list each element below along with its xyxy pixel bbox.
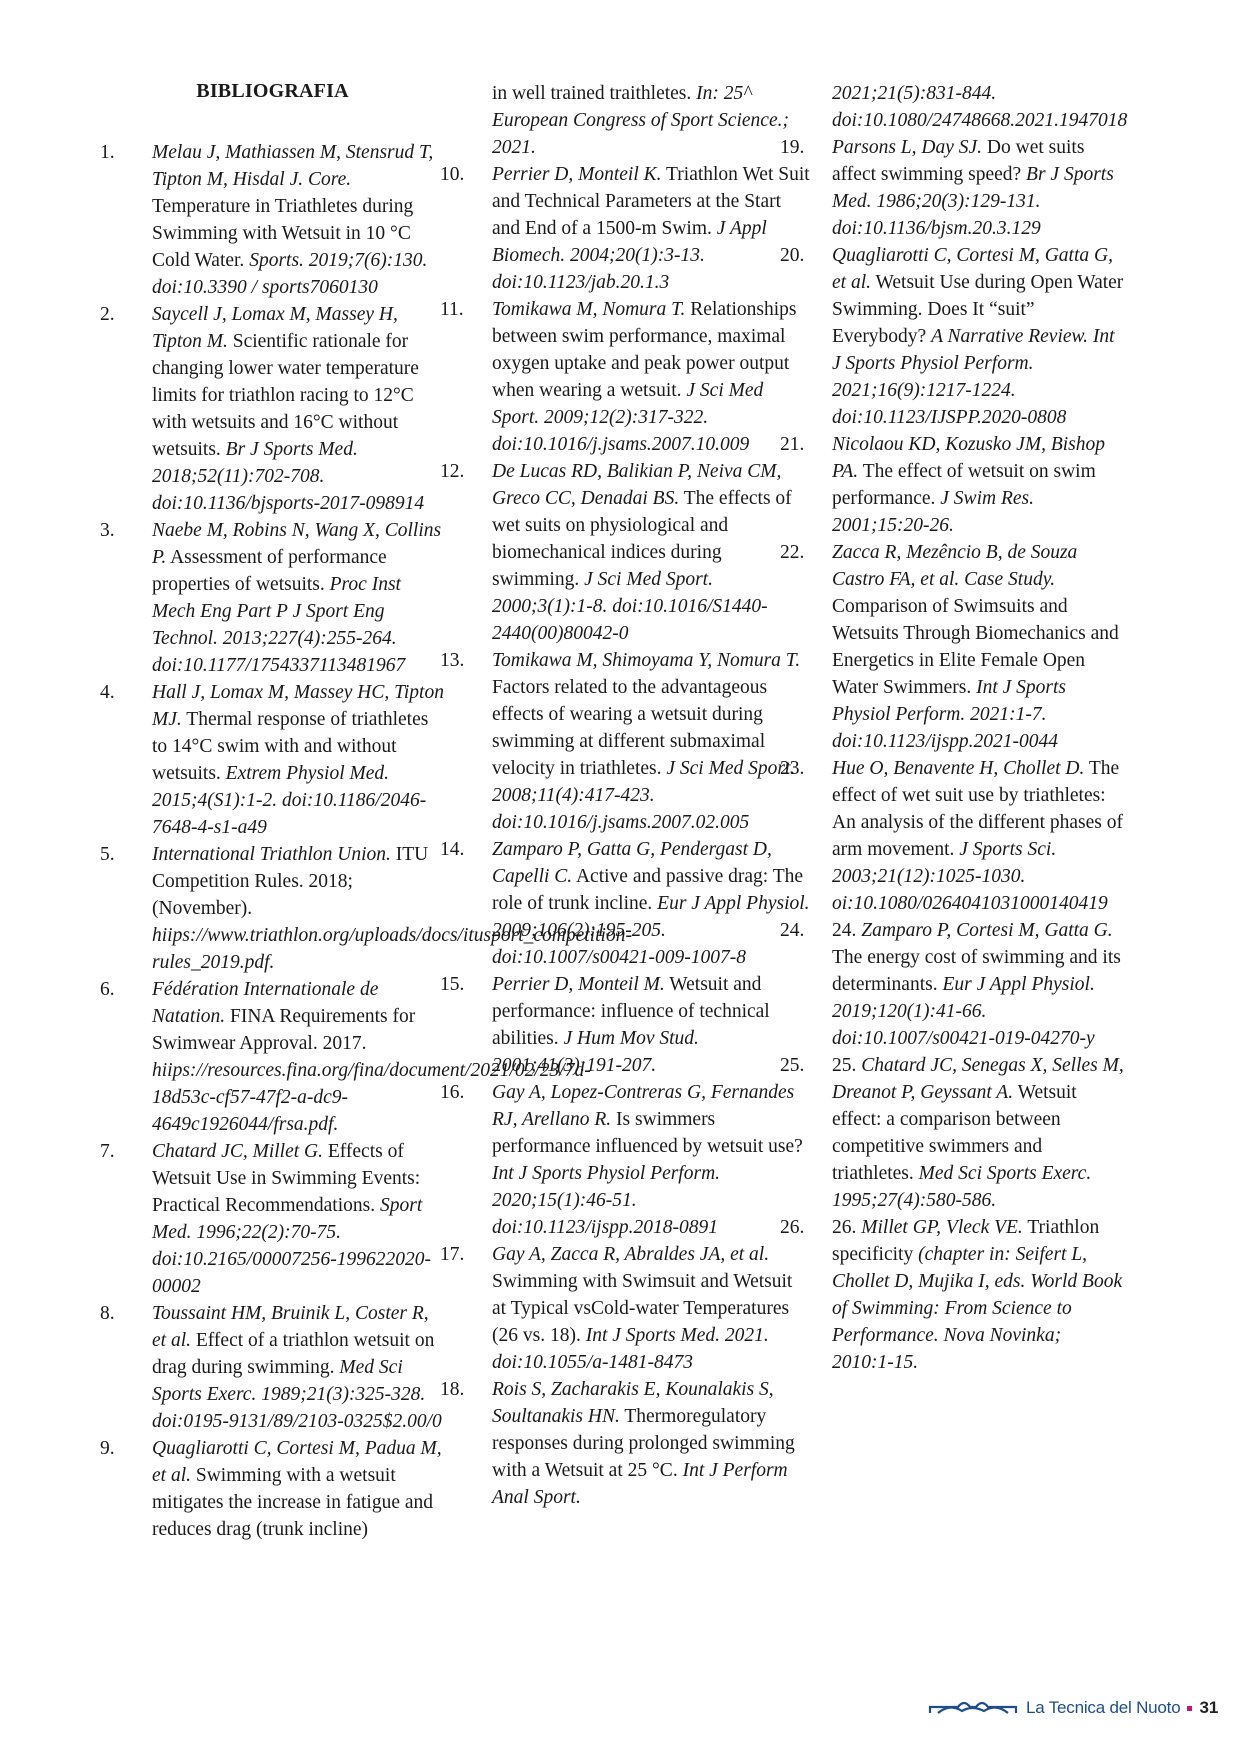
reference-number: 22.	[780, 539, 828, 566]
reference-number: 14.	[440, 836, 488, 863]
page-footer: La Tecnica del Nuoto 31	[928, 1696, 1218, 1720]
reference-number: 6.	[100, 976, 148, 1003]
reference-item: 5.International Triathlon Union. ITU Com…	[100, 841, 445, 976]
reference-number: 25.	[780, 1052, 828, 1079]
citation-italic-text: Gay A, Zacca R, Abraldes JA, et al.	[492, 1244, 769, 1265]
bibliography-heading: BIBLIOGRAFIA	[100, 80, 445, 103]
reference-item: 19.Parsons L, Day SJ. Do wet suits affec…	[780, 134, 1125, 242]
column-3: 2021;21(5):831-844. doi:10.1080/24748668…	[780, 80, 1125, 1376]
citation-text: in well trained traithletes.	[492, 83, 696, 104]
reference-number: 4.	[100, 679, 148, 706]
citation-italic-text: Int J Sports Physiol Perform. 2020;15(1)…	[492, 1163, 720, 1238]
citation-italic-text: Chatard JC, Senegas X, Selles M, Dreanot…	[832, 1055, 1124, 1103]
reference-item: 10.Perrier D, Monteil K. Triathlon Wet S…	[440, 161, 810, 296]
reference-item: 4.Hall J, Lomax M, Massey HC, Tipton MJ.…	[100, 679, 445, 841]
reference-number: 10.	[440, 161, 488, 188]
citation-italic-text: 2021;21(5):831-844. doi:10.1080/24748668…	[832, 83, 1127, 131]
reference-item: 15.Perrier D, Monteil M. Wetsuit and per…	[440, 971, 810, 1079]
citation-italic-text: Tomikawa M, Nomura T.	[492, 299, 685, 320]
reference-item: 7.Chatard JC, Millet G. Effects of Wetsu…	[100, 1138, 445, 1300]
citation-italic-text: Zamparo P, Cortesi M, Gatta G.	[861, 920, 1112, 941]
reference-number: 3.	[100, 517, 148, 544]
reference-number: 11.	[440, 296, 488, 323]
reference-item: 12.De Lucas RD, Balikian P, Neiva CM, Gr…	[440, 458, 810, 647]
reference-number: 13.	[440, 647, 488, 674]
reference-item: 8.Toussaint HM, Bruinik L, Coster R, et …	[100, 1300, 445, 1435]
reference-list: 10.Perrier D, Monteil K. Triathlon Wet S…	[440, 161, 810, 1511]
column-2: in well trained traithletes. In: 25^ Eur…	[440, 80, 810, 1511]
citation-italic-text: Perrier D, Monteil K.	[492, 164, 662, 185]
reference-item: 13.Tomikawa M, Shimoyama Y, Nomura T. Fa…	[440, 647, 810, 836]
reference-continuation: 2021;21(5):831-844. doi:10.1080/24748668…	[780, 80, 1125, 134]
reference-number: 17.	[440, 1241, 488, 1268]
reference-list: 19.Parsons L, Day SJ. Do wet suits affec…	[780, 134, 1125, 1376]
reference-item: 11.Tomikawa M, Nomura T. Relationships b…	[440, 296, 810, 458]
wave-logo-icon	[928, 1695, 1018, 1722]
reference-number: 12.	[440, 458, 488, 485]
citation-italic-text: International Triathlon Union.	[152, 844, 391, 865]
reference-number: 23.	[780, 755, 828, 782]
reference-item: 23.Hue O, Benavente H, Chollet D. The ef…	[780, 755, 1125, 917]
reference-number: 15.	[440, 971, 488, 998]
citation-italic-text: Tomikawa M, Shimoyama Y, Nomura T.	[492, 650, 800, 671]
page-number: 31	[1199, 1698, 1218, 1718]
reference-item: 3.Naebe M, Robins N, Wang X, Collins P. …	[100, 517, 445, 679]
reference-item: 17.Gay A, Zacca R, Abraldes JA, et al. S…	[440, 1241, 810, 1376]
reference-item: 24.24. Zamparo P, Cortesi M, Gatta G. Th…	[780, 917, 1125, 1052]
reference-list: 1.Melau J, Mathiassen M, Stensrud T, Tip…	[100, 139, 445, 1543]
citation-text: 26.	[832, 1217, 861, 1238]
reference-item: 26.26. Millet GP, Vleck VE. Triathlon sp…	[780, 1214, 1125, 1376]
publication-name: La Tecnica del Nuoto	[1026, 1698, 1180, 1718]
citation-italic-text: Zacca R, Mezêncio B, de Souza Castro FA,…	[832, 542, 1077, 590]
reference-item: 1.Melau J, Mathiassen M, Stensrud T, Tip…	[100, 139, 445, 301]
reference-item: 14.Zamparo P, Gatta G, Pendergast D, Cap…	[440, 836, 810, 971]
citation-italic-text: Melau J, Mathiassen M, Stensrud T, Tipto…	[152, 142, 433, 190]
citation-italic-text: Perrier D, Monteil M.	[492, 974, 665, 995]
citation-italic-text: Chatard JC, Millet G.	[152, 1141, 323, 1162]
reference-item: 6.Fédération Internationale de Natation.…	[100, 976, 445, 1138]
reference-number: 21.	[780, 431, 828, 458]
reference-item: 18.Rois S, Zacharakis E, Kounalakis S, S…	[440, 1376, 810, 1511]
reference-item: 20.Quagliarotti C, Cortesi M, Gatta G, e…	[780, 242, 1125, 431]
reference-item: 16.Gay A, Lopez-Contreras G, Fernandes R…	[440, 1079, 810, 1241]
citation-italic-text: Parsons L, Day SJ.	[832, 137, 982, 158]
reference-number: 1.	[100, 139, 148, 166]
reference-number: 18.	[440, 1376, 488, 1403]
citation-text: Swimming with a wetsuit mitigates the in…	[152, 1465, 433, 1540]
reference-number: 26.	[780, 1214, 828, 1241]
reference-number: 7.	[100, 1138, 148, 1165]
reference-continuation: in well trained traithletes. In: 25^ Eur…	[440, 80, 810, 161]
reference-number: 24.	[780, 917, 828, 944]
reference-number: 2.	[100, 301, 148, 328]
separator-dot-icon	[1187, 1706, 1192, 1711]
reference-number: 8.	[100, 1300, 148, 1327]
reference-item: 2.Saycell J, Lomax M, Massey H, Tipton M…	[100, 301, 445, 517]
reference-item: 25.25. Chatard JC, Senegas X, Selles M, …	[780, 1052, 1125, 1214]
reference-number: 9.	[100, 1435, 148, 1462]
citation-text: 24.	[832, 920, 861, 941]
reference-item: 9.Quagliarotti C, Cortesi M, Padua M, et…	[100, 1435, 445, 1543]
column-1: BIBLIOGRAFIA 1.Melau J, Mathiassen M, St…	[100, 80, 445, 1543]
citation-text: 25.	[832, 1055, 861, 1076]
citation-italic-text: Hue O, Benavente H, Chollet D.	[832, 758, 1084, 779]
reference-number: 5.	[100, 841, 148, 868]
reference-number: 20.	[780, 242, 828, 269]
citation-italic-text: Millet GP, Vleck VE.	[861, 1217, 1023, 1238]
reference-number: 16.	[440, 1079, 488, 1106]
reference-number: 19.	[780, 134, 828, 161]
reference-item: 21.Nicolaou KD, Kozusko JM, Bishop PA. T…	[780, 431, 1125, 539]
reference-item: 22.Zacca R, Mezêncio B, de Souza Castro …	[780, 539, 1125, 755]
